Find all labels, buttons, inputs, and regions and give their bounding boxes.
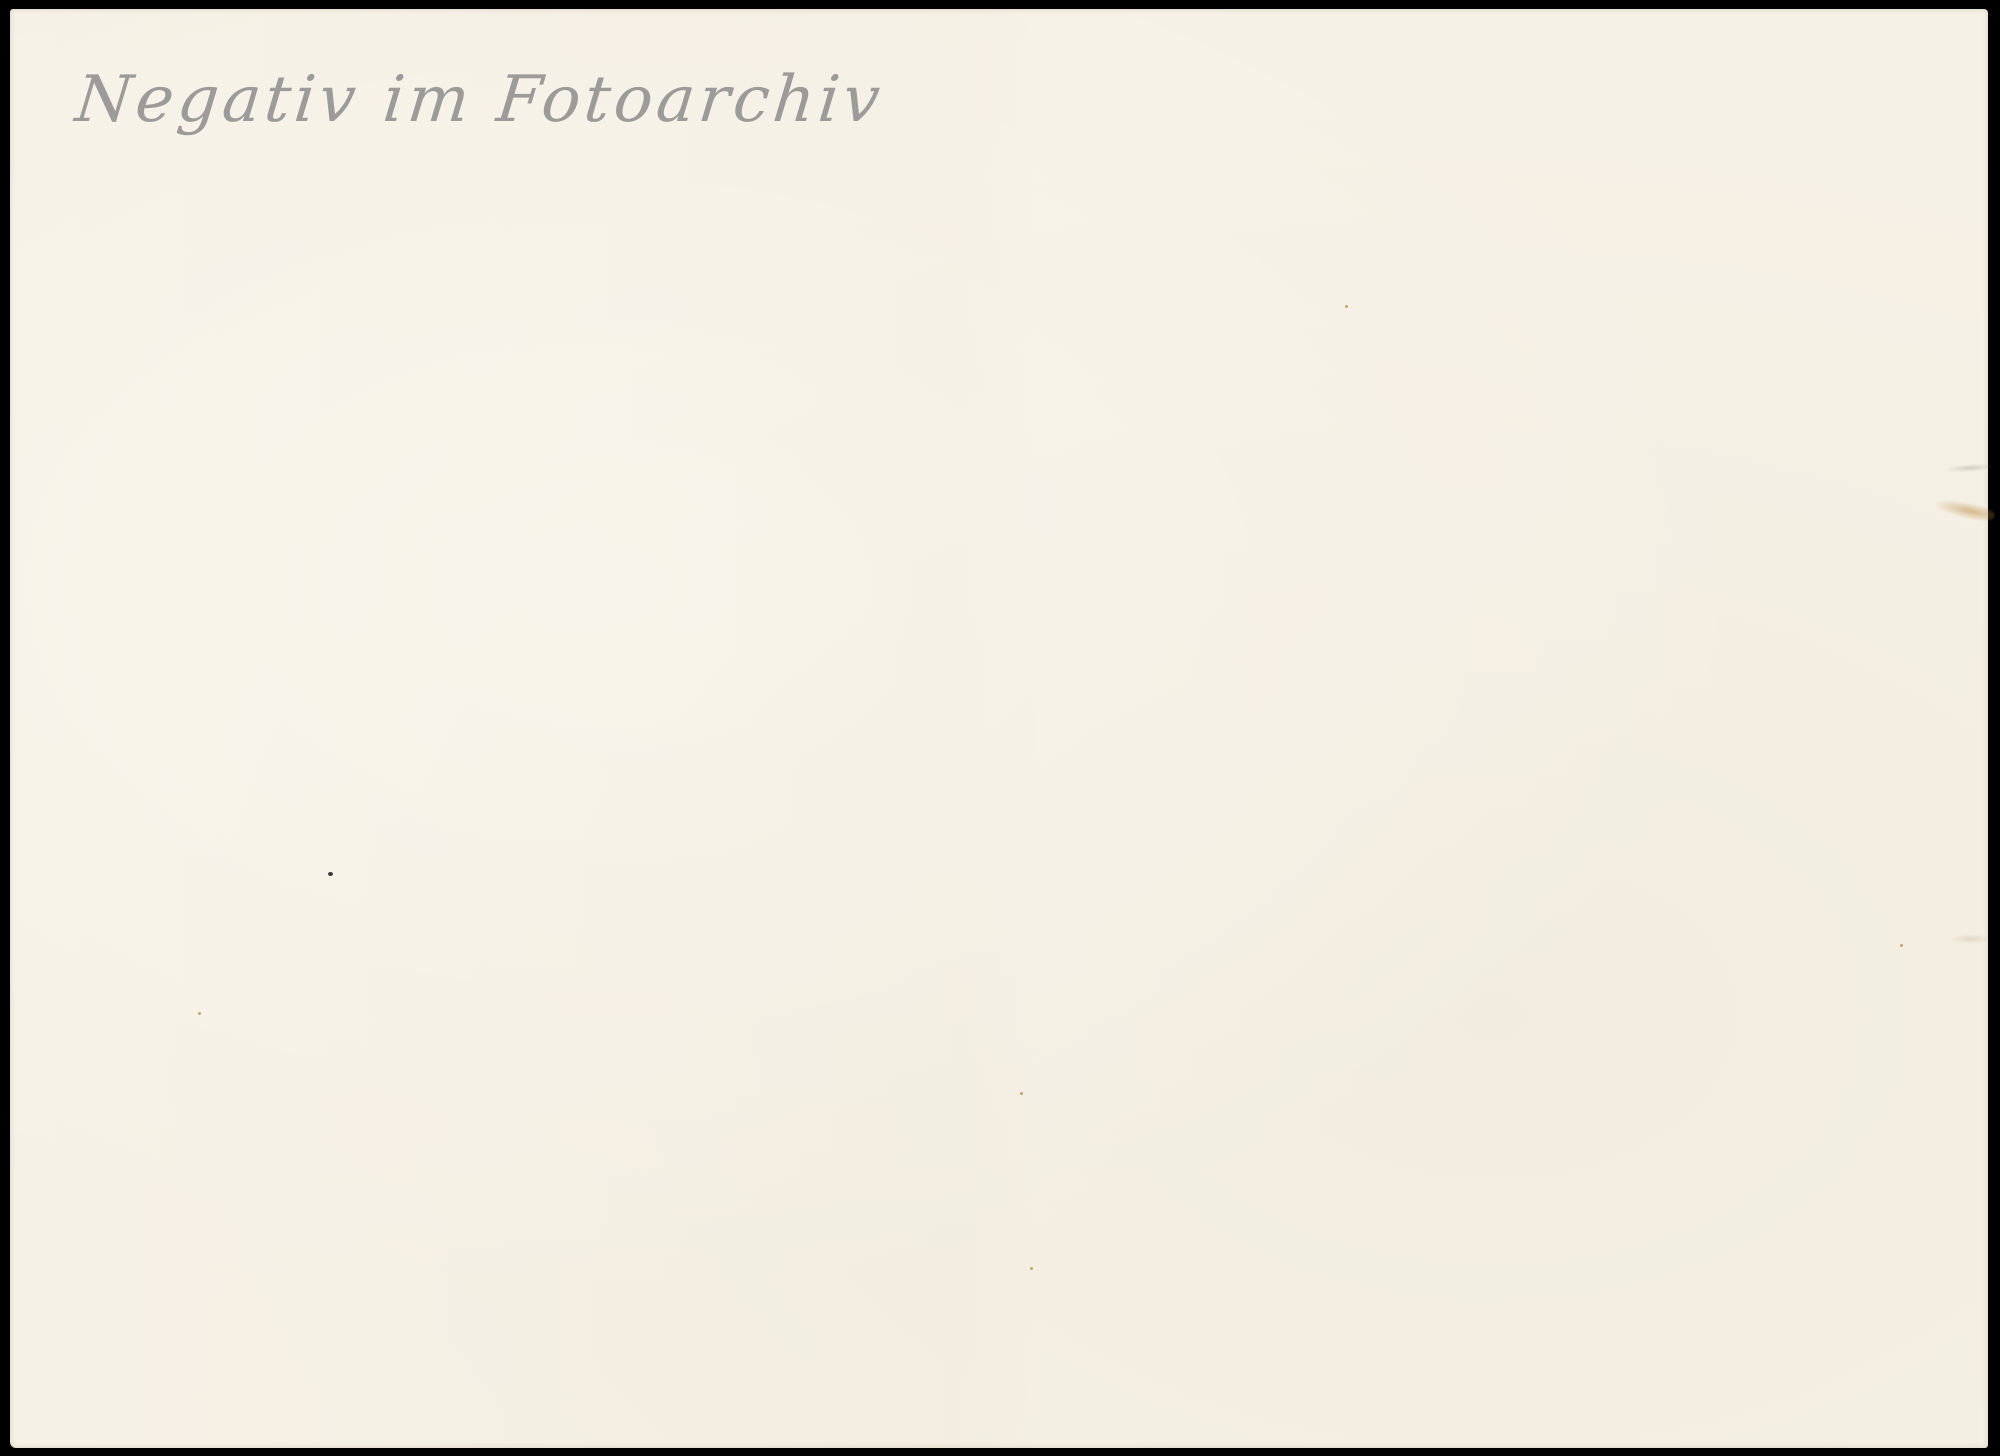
paper-speck [1030, 1267, 1033, 1270]
edge-mark [1950, 934, 1990, 944]
edge-smudge [1945, 462, 1995, 473]
photo-card-back: Negativ im Fotoarchiv [10, 9, 1988, 1448]
paper-speck [1020, 1092, 1023, 1095]
paper-speck [1900, 944, 1903, 947]
edge-stain [1934, 496, 1996, 524]
paper-speck [198, 1012, 201, 1015]
paper-speck [328, 872, 333, 876]
paper-speck [1345, 305, 1348, 308]
scanned-document: Negativ im Fotoarchiv [0, 0, 2000, 1456]
handwritten-pencil-note: Negativ im Fotoarchiv [72, 63, 887, 137]
